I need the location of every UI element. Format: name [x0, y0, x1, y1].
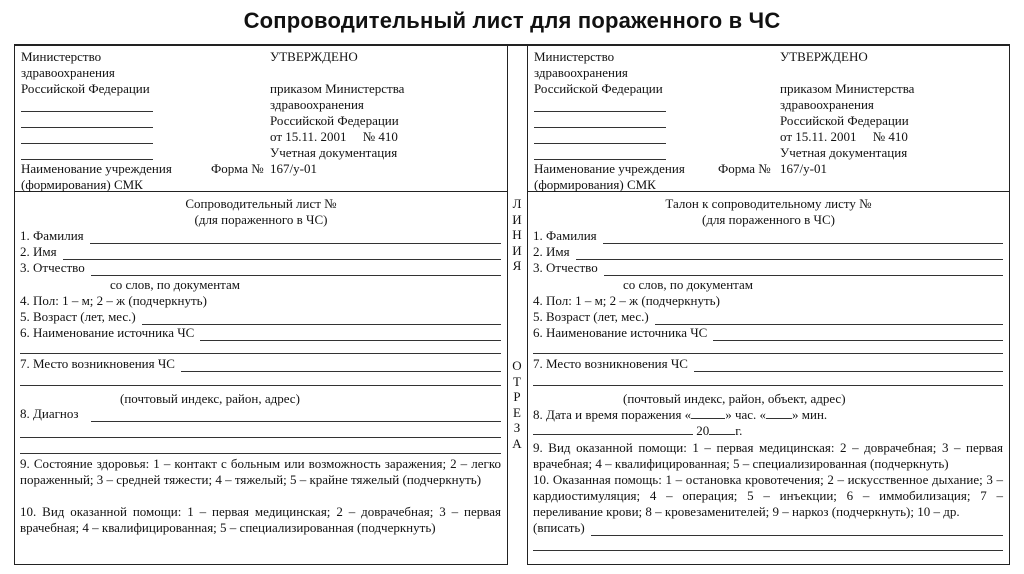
diagnosis-extra-line[interactable]: [20, 453, 501, 454]
form-number: 167/у-01: [780, 161, 827, 177]
blank-line[interactable]: [21, 143, 153, 144]
cut-letter: О: [510, 358, 524, 374]
cut-letter: И: [510, 243, 524, 259]
order-line: здравоохранения: [270, 97, 404, 113]
emergency-place-field[interactable]: 7. Место возникновения ЧС: [20, 356, 501, 372]
datetime-label: 8. Дата и время поражения «: [533, 407, 691, 422]
surname-input[interactable]: [90, 232, 501, 244]
sheet-heading-line: (для пораженного в ЧС): [15, 212, 507, 228]
emergency-source-field[interactable]: 6. Наименование источника ЧС: [20, 325, 501, 341]
patronymic-input[interactable]: [604, 264, 1003, 276]
left-header: Министерство здравоохранения Российской …: [15, 45, 507, 192]
form-frame: Министерство здравоохранения Российской …: [14, 44, 1010, 566]
age-field[interactable]: 5. Возраст (лет, мес.): [20, 309, 501, 325]
emergency-place-extra-line[interactable]: [533, 385, 1003, 386]
minutes-label: » мин.: [792, 407, 827, 422]
institution-line: Наименование учреждения: [21, 161, 172, 177]
accompanying-sheet: Министерство здравоохранения Российской …: [14, 44, 508, 565]
field-label: 2. Имя: [20, 244, 57, 260]
write-in-field[interactable]: (вписать): [533, 520, 1003, 536]
field-label: 5. Возраст (лет, мес.): [20, 309, 136, 325]
emergency-place-input[interactable]: [181, 360, 501, 372]
cut-letter: З: [510, 420, 524, 436]
diagnosis-field[interactable]: 8. Диагноз: [20, 406, 501, 422]
field-label: 1. Фамилия: [533, 228, 597, 244]
cut-letter: Е: [510, 405, 524, 421]
blank-line[interactable]: [21, 127, 153, 128]
institution-line: Наименование учреждения: [534, 161, 685, 177]
source-note: со слов, по документам: [110, 277, 240, 293]
emergency-place-input[interactable]: [694, 360, 1003, 372]
approved-label: УТВЕРЖДЕНО: [270, 49, 358, 65]
cut-letter: Л: [510, 196, 524, 212]
order-line: здравоохранения: [780, 97, 914, 113]
source-note: со слов, по документам: [623, 277, 753, 293]
right-header: Министерство здравоохранения Российской …: [528, 45, 1009, 192]
health-state-options[interactable]: 9. Состояние здоровья: 1 – контакт с бол…: [20, 456, 501, 488]
order-line: от 15.11. 2001 № 410: [780, 129, 914, 145]
aid-type-options[interactable]: 10. Вид оказанной помощи: 1 – первая мед…: [20, 504, 501, 536]
cut-line-label-top: Л И Н И Я: [510, 196, 524, 274]
ministry-line: Министерство: [21, 49, 150, 65]
date-field[interactable]: 20г.: [533, 423, 742, 439]
age-input[interactable]: [655, 313, 1003, 325]
year-suffix: г.: [735, 423, 742, 438]
cut-letter: Н: [510, 227, 524, 243]
cut-line-column: Л И Н И Я О Т Р Е З А: [508, 44, 527, 565]
diagnosis-extra-line[interactable]: [20, 437, 501, 438]
emergency-source-field[interactable]: 6. Наименование источника ЧС: [533, 325, 1003, 341]
name-input[interactable]: [576, 248, 1003, 260]
blank-line[interactable]: [21, 159, 153, 160]
cut-letter: Р: [510, 389, 524, 405]
aid-type-options[interactable]: 9. Вид оказанной помощи: 1 – первая меди…: [533, 440, 1003, 472]
name-field[interactable]: 2. Имя: [20, 244, 501, 260]
blank-line[interactable]: [534, 159, 666, 160]
field-label: 6. Наименование источника ЧС: [533, 325, 707, 341]
field-label: 3. Отчество: [20, 260, 85, 276]
order-block: приказом Министерства здравоохранения Ро…: [780, 81, 914, 161]
name-field[interactable]: 2. Имя: [533, 244, 1003, 260]
ministry-block: Министерство здравоохранения Российской …: [534, 49, 663, 97]
patronymic-field[interactable]: 3. Отчество: [20, 260, 501, 276]
coupon-sheet: Министерство здравоохранения Российской …: [527, 44, 1010, 565]
cut-line-label-bottom: О Т Р Е З А: [510, 358, 524, 451]
emergency-source-extra-line[interactable]: [533, 353, 1003, 354]
patronymic-input[interactable]: [91, 264, 501, 276]
patronymic-field[interactable]: 3. Отчество: [533, 260, 1003, 276]
minutes-input[interactable]: [766, 407, 792, 419]
coupon-heading-line: (для пораженного в ЧС): [528, 212, 1009, 228]
hours-label: » час. «: [725, 407, 766, 422]
order-line: от 15.11. 2001 № 410: [270, 129, 404, 145]
cut-letter: А: [510, 436, 524, 452]
order-line: Российской Федерации: [780, 113, 914, 129]
field-label: 1. Фамилия: [20, 228, 84, 244]
coupon-heading: Талон к сопроводительному листу № (для п…: [528, 196, 1009, 228]
blank-line[interactable]: [21, 111, 153, 112]
form-label: Форма №: [211, 161, 264, 177]
sex-field[interactable]: 4. Пол: 1 – м; 2 – ж (подчеркнуть): [533, 293, 720, 309]
sex-field[interactable]: 4. Пол: 1 – м; 2 – ж (подчеркнуть): [20, 293, 207, 309]
hours-input[interactable]: [691, 407, 725, 419]
sheet-heading-line: Сопроводительный лист №: [15, 196, 507, 212]
ministry-line: здравоохранения: [534, 65, 663, 81]
approved-label: УТВЕРЖДЕНО: [780, 49, 868, 65]
field-label: 2. Имя: [533, 244, 570, 260]
diagnosis-input[interactable]: [91, 410, 501, 422]
ministry-line: здравоохранения: [21, 65, 150, 81]
blank-line[interactable]: [534, 127, 666, 128]
cut-letter: Т: [510, 374, 524, 390]
institution-line: (формирования) СМК: [534, 177, 685, 193]
emergency-source-extra-line[interactable]: [20, 353, 501, 354]
date-input[interactable]: [533, 423, 693, 435]
form-label: Форма №: [718, 161, 771, 177]
emergency-place-extra-line[interactable]: [20, 385, 501, 386]
order-line: Учетная документация: [780, 145, 914, 161]
institution-line: (формирования) СМК: [21, 177, 172, 193]
address-note: (почтовый индекс, район, адрес): [120, 391, 300, 407]
datetime-field[interactable]: 8. Дата и время поражения «» час. «» мин…: [533, 407, 827, 423]
year-prefix: 20: [696, 423, 709, 438]
surname-field[interactable]: 1. Фамилия: [533, 228, 1003, 244]
age-input[interactable]: [142, 313, 501, 325]
field-label: 6. Наименование источника ЧС: [20, 325, 194, 341]
field-label: 3. Отчество: [533, 260, 598, 276]
field-label: 7. Место возникновения ЧС: [533, 356, 688, 372]
ministry-line: Российской Федерации: [21, 81, 150, 97]
blank-line[interactable]: [534, 143, 666, 144]
name-input[interactable]: [63, 248, 501, 260]
order-line: Учетная документация: [270, 145, 404, 161]
cut-letter: Я: [510, 258, 524, 274]
field-label: 7. Место возникновения ЧС: [20, 356, 175, 372]
field-label: (вписать): [533, 520, 585, 536]
emergency-place-field[interactable]: 7. Место возникновения ЧС: [533, 356, 1003, 372]
document-title: Сопроводительный лист для пораженного в …: [0, 8, 1024, 34]
age-field[interactable]: 5. Возраст (лет, мес.): [533, 309, 1003, 325]
order-block: приказом Министерства здравоохранения Ро…: [270, 81, 404, 161]
order-line: приказом Министерства: [270, 81, 404, 97]
emergency-source-input[interactable]: [713, 329, 1003, 341]
year-input[interactable]: [709, 423, 735, 435]
write-in-extra-line[interactable]: [533, 550, 1003, 551]
ministry-line: Российской Федерации: [534, 81, 663, 97]
sheet-heading: Сопроводительный лист № (для пораженного…: [15, 196, 507, 228]
institution-label: Наименование учреждения (формирования) С…: [21, 161, 172, 193]
field-label: 8. Диагноз: [20, 406, 79, 422]
institution-label: Наименование учреждения (формирования) С…: [534, 161, 685, 193]
aid-given-options[interactable]: 10. Оказанная помощь: 1 – остановка кров…: [533, 472, 1003, 520]
order-line: Российской Федерации: [270, 113, 404, 129]
cut-letter: И: [510, 212, 524, 228]
ministry-line: Министерство: [534, 49, 663, 65]
form-number: 167/у-01: [270, 161, 317, 177]
write-in-input[interactable]: [591, 524, 1003, 536]
ministry-block: Министерство здравоохранения Российской …: [21, 49, 150, 97]
surname-input[interactable]: [603, 232, 1003, 244]
field-label: 5. Возраст (лет, мес.): [533, 309, 649, 325]
order-line: приказом Министерства: [780, 81, 914, 97]
address-note: (почтовый индекс, район, объект, адрес): [623, 391, 846, 407]
surname-field[interactable]: 1. Фамилия: [20, 228, 501, 244]
emergency-source-input[interactable]: [200, 329, 501, 341]
coupon-heading-line: Талон к сопроводительному листу №: [528, 196, 1009, 212]
blank-line[interactable]: [534, 111, 666, 112]
